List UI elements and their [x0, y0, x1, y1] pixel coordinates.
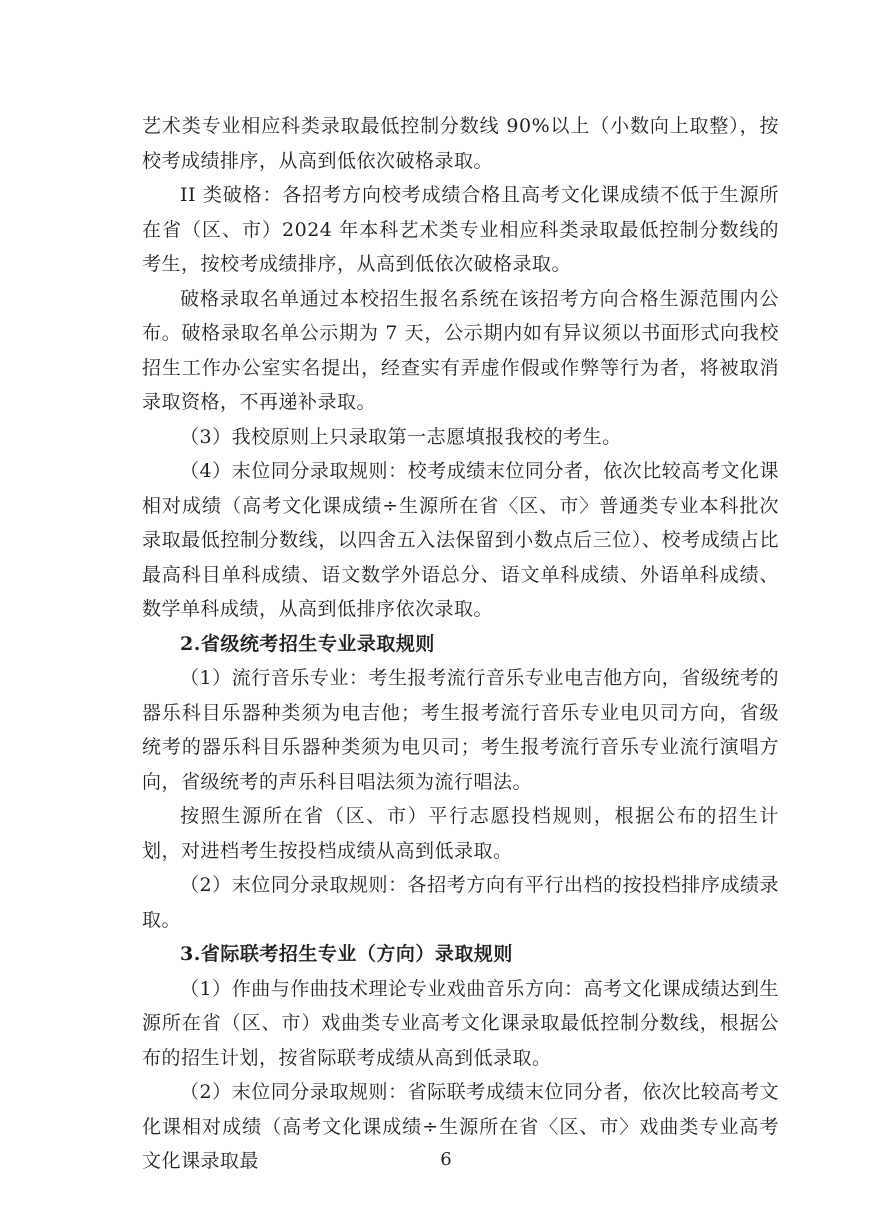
paragraph-rule-4-tie-breaking: （4）末位同分录取规则：校考成绩末位同分者，依次比较高考文化课相对成绩（高考文化…: [142, 454, 779, 627]
paragraph-type-ii-exception: II 类破格：各招考方向校考成绩合格且高考文化课成绩不低于生源所在省（区、市）2…: [142, 178, 779, 282]
page-number: 6: [0, 1148, 892, 1172]
paragraph-exception-list-publicity: 破格录取名单通过本校招生报名系统在该招考方向合格生源范围内公布。破格录取名单公示…: [142, 282, 779, 420]
heading-interprovincial-joint-exam-rules: 3.省际联考招生专业（方向）录取规则: [142, 937, 779, 972]
paragraph-art-majors-overflow-rule: 艺术类专业相应科类录取最低控制分数线 90%以上（小数向上取整），按校考成绩排序…: [142, 109, 779, 178]
document-page: 艺术类专业相应科类录取最低控制分数线 90%以上（小数向上取整），按校考成绩排序…: [0, 0, 892, 1211]
heading-provincial-unified-exam-rules: 2.省级统考招生专业录取规则: [142, 627, 779, 662]
paragraph-parallel-volunteer-filing: 按照生源所在省（区、市）平行志愿投档规则，根据公布的招生计划，对进档考生按投档成…: [142, 799, 779, 868]
paragraph-rule-3-first-choice: （3）我校原则上只录取第一志愿填报我校的考生。: [142, 420, 779, 455]
paragraph-composition-opera-music: （1）作曲与作曲技术理论专业戏曲音乐方向：高考文化课成绩达到生源所在省（区、市）…: [142, 972, 779, 1076]
paragraph-rule-2-tie-breaking-provincial: （2）末位同分录取规则：各招考方向有平行出档的按投档排序成绩录取。: [142, 868, 779, 937]
document-body: 艺术类专业相应科类录取最低控制分数线 90%以上（小数向上取整），按校考成绩排序…: [142, 109, 779, 1179]
paragraph-pop-music-major: （1）流行音乐专业：考生报考流行音乐专业电吉他方向，省级统考的器乐科目乐器种类须…: [142, 661, 779, 799]
